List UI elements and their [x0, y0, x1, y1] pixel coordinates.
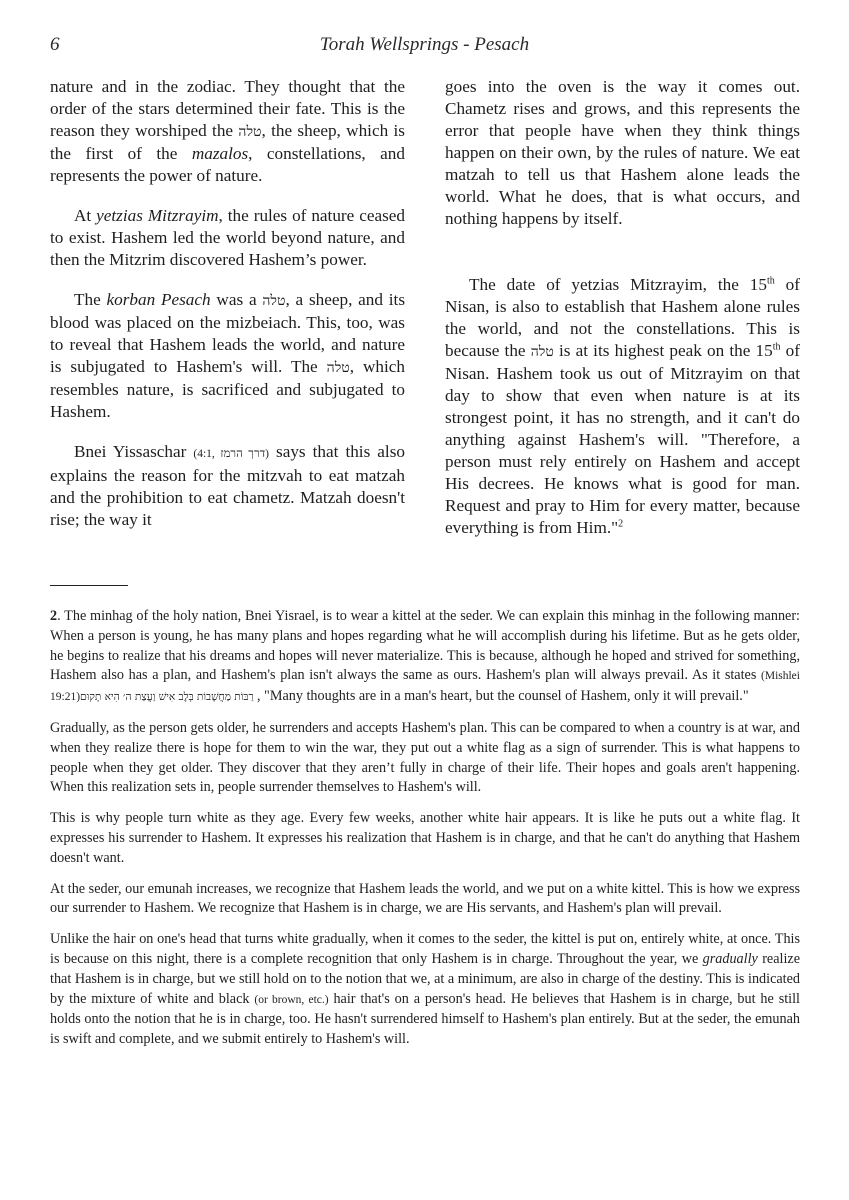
paragraph: The korban Pesach was a טלה, a sheep, an…	[50, 289, 405, 423]
paragraph: Bnei Yissaschar (4:1, דרך הרמז) says tha…	[50, 441, 405, 531]
footnote-divider	[50, 585, 128, 586]
italic-term: mazalos	[192, 144, 248, 163]
paragraph: nature and in the zodiac. They thought t…	[50, 76, 405, 187]
running-title: Torah Wellsprings - Pesach	[50, 34, 799, 56]
hebrew-term: טלה	[531, 344, 554, 360]
footnotes: 2. The minhag of the holy nation, Bnei Y…	[50, 607, 800, 1061]
paragraph: The date of yetzias Mitzrayim, the 15th …	[445, 274, 800, 539]
footnote-paragraph: This is why people turn white as they ag…	[50, 809, 800, 868]
hebrew-term: טלה	[262, 293, 285, 309]
body-columns: nature and in the zodiac. They thought t…	[50, 76, 800, 557]
hebrew-term: טלה	[327, 360, 350, 376]
footnote-paragraph: At the seder, our emunah increases, we r…	[50, 880, 800, 920]
footnote-paragraph: Unlike the hair on one's head that turns…	[50, 930, 800, 1050]
footnote-2: 2. The minhag of the holy nation, Bnei Y…	[50, 607, 800, 708]
hebrew-quote: רַבּוֹת מַחֲשָׁבוֹת בְּלֶב אִישׁ וַעֲצַת…	[80, 691, 257, 703]
footnote-paragraph: Gradually, as the person gets older, he …	[50, 719, 800, 798]
page-header: 6 Torah Wellsprings - Pesach	[50, 30, 799, 58]
citation: (4:1, דרך הרמז)	[193, 448, 269, 460]
right-column: goes into the oven is the way it comes o…	[445, 76, 800, 557]
paragraph: goes into the oven is the way it comes o…	[445, 76, 800, 230]
hebrew-term: טלה	[238, 124, 261, 140]
italic-term: korban Pesach	[107, 290, 211, 309]
parenthetical: (or brown, etc.)	[254, 994, 328, 1006]
italic-term: yetzias Mitzrayim	[96, 206, 218, 225]
footnote-reference[interactable]: 2	[618, 518, 623, 529]
paragraph: At yetzias Mitzrayim, the rules of natur…	[50, 205, 405, 271]
italic-term: gradually	[703, 951, 758, 967]
left-column: nature and in the zodiac. They thought t…	[50, 76, 405, 557]
